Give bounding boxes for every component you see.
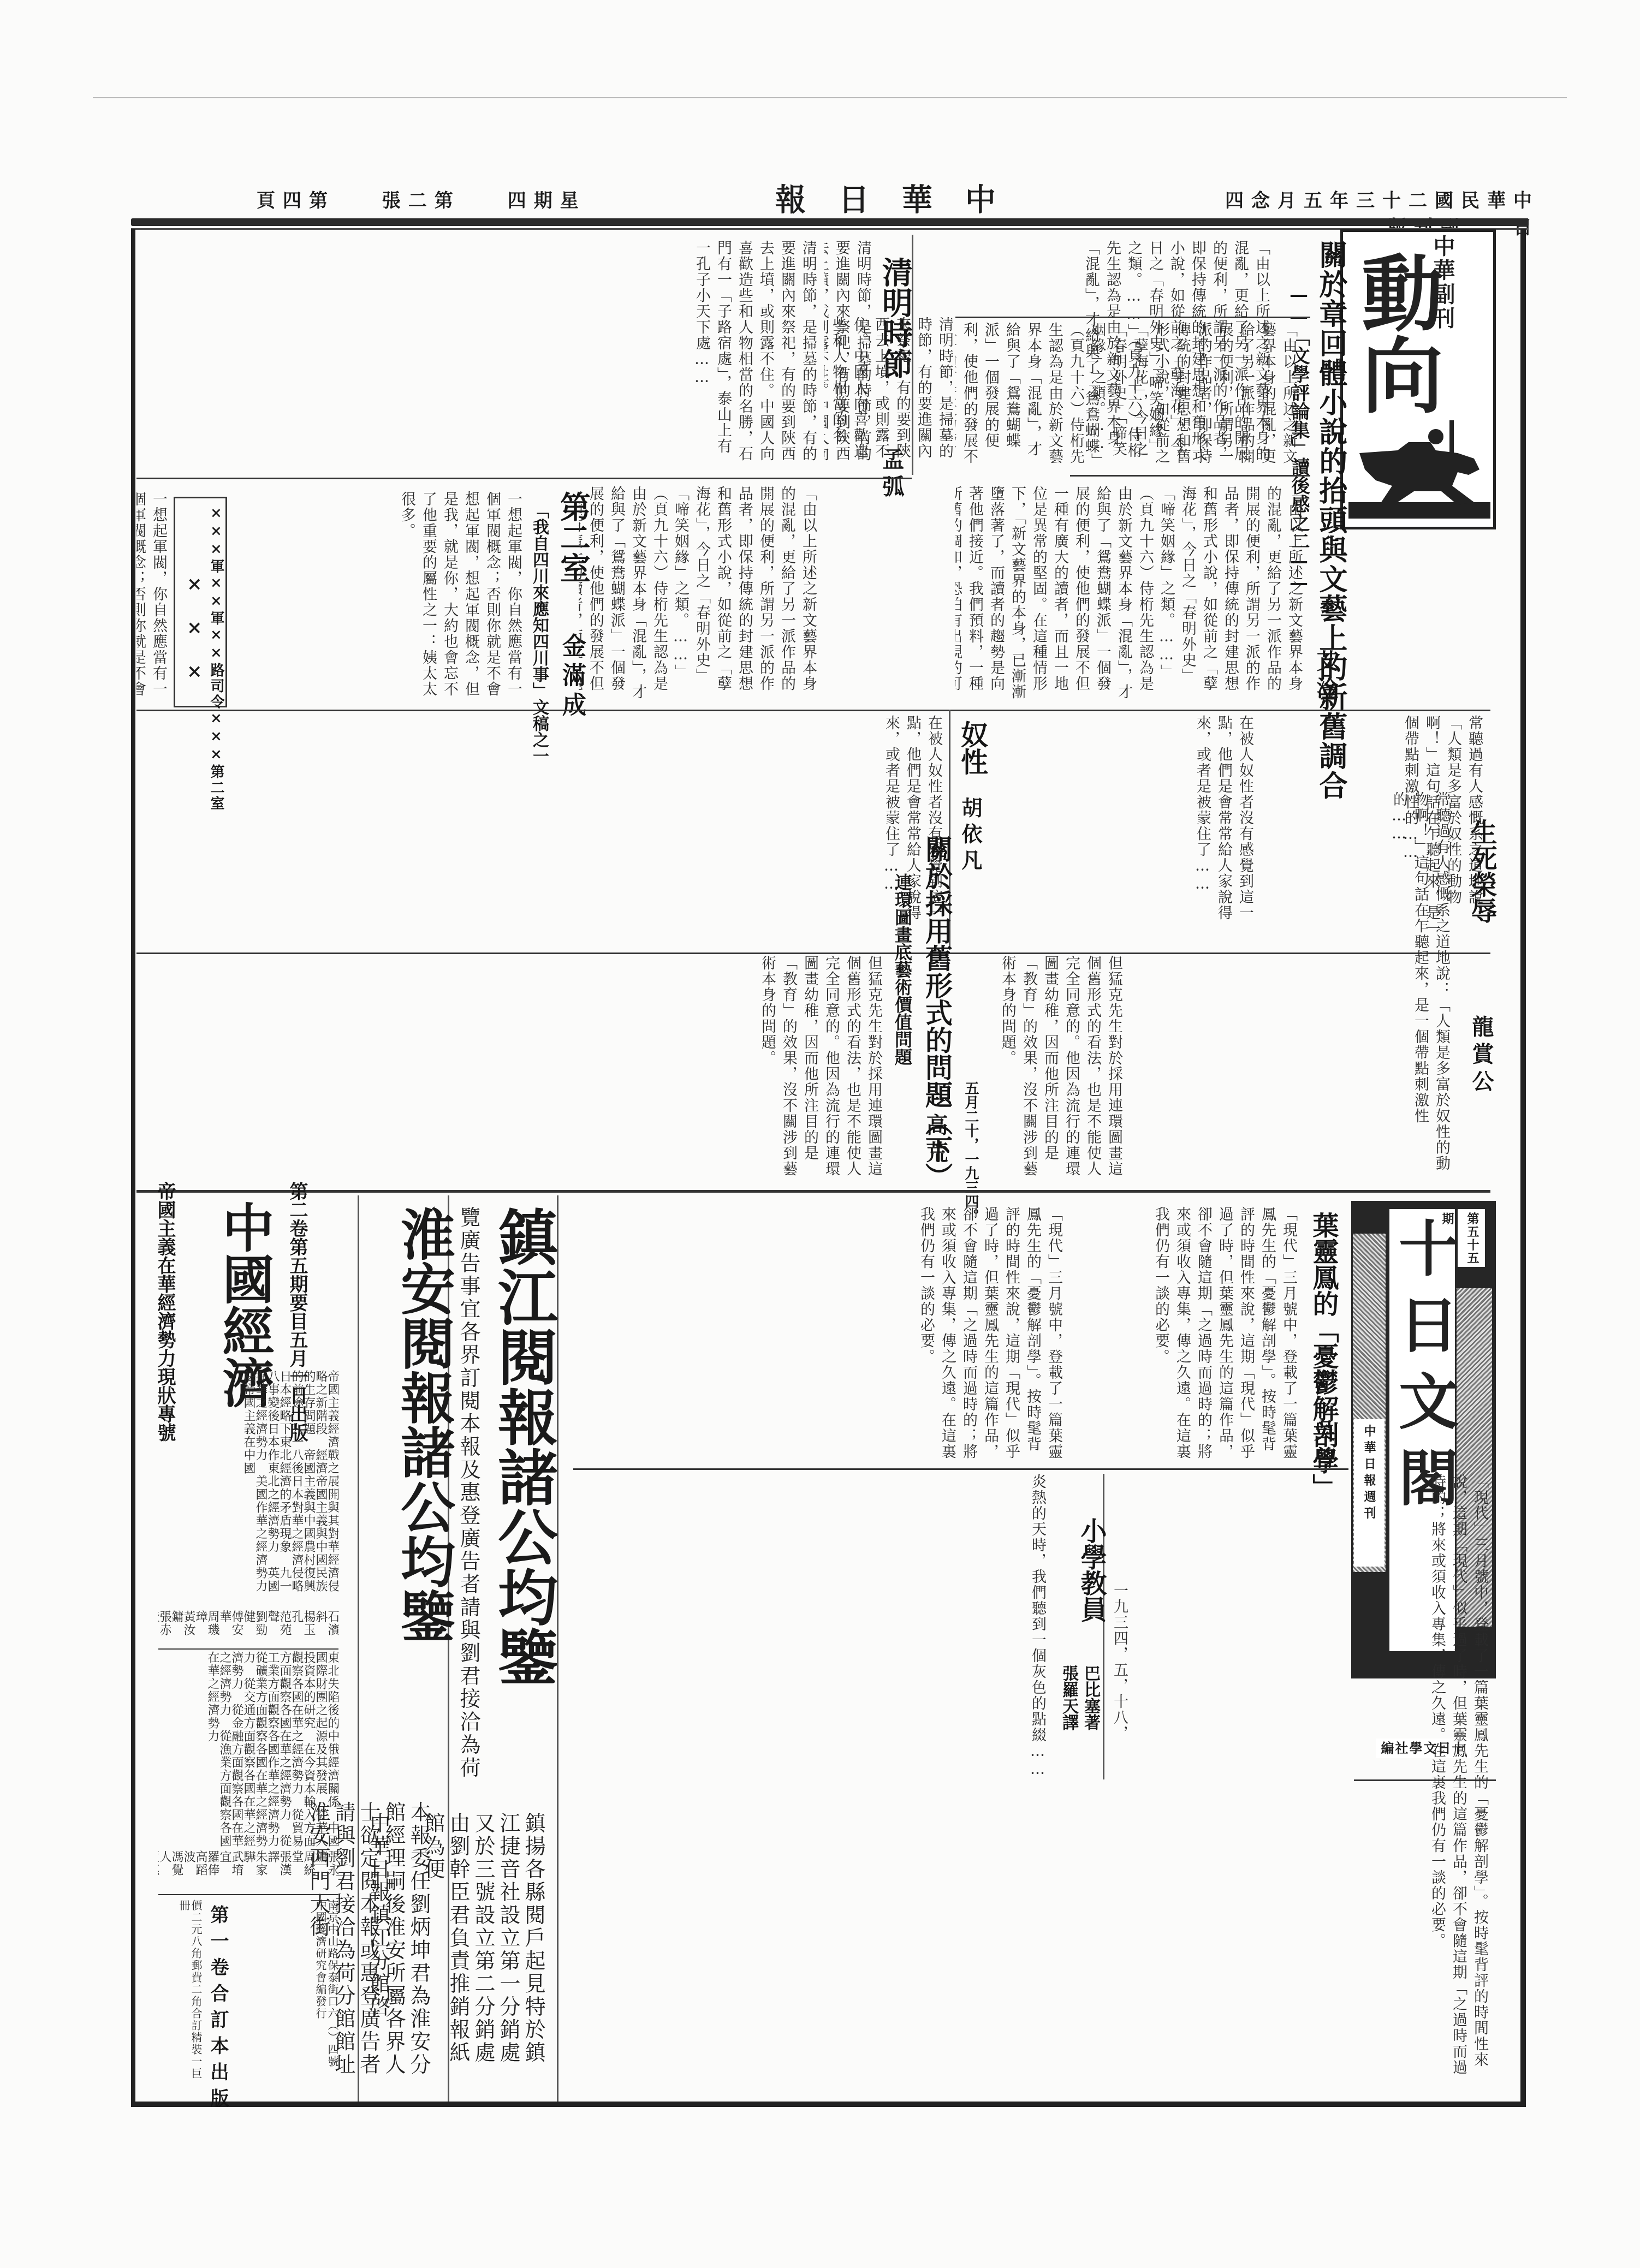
bound-note: 價二元八角郵費二角合訂精裝一巨冊 (158, 1900, 202, 2080)
issue-number: 第五十五期 (1458, 1209, 1485, 1267)
article-author: 胡依凡 (955, 797, 985, 876)
toc-authors: 石濱斜 楊玉孔 范苑聲 劉勁健 傅安華 周璣璋 黃汝鏞 張赤澄 鄧飛黃 (158, 1610, 338, 1643)
article-translator: 張羅天譯 (1056, 1665, 1080, 1730)
masthead-title: 中華日報 (775, 176, 1029, 219)
x-mark: × (187, 660, 203, 682)
x-mark: × (187, 573, 203, 595)
article-body-cont: 常聽過有人感慨系之道地說：「人類是多富於奴性的動物啊！」這句話在乍聽起來，是一個… (1125, 791, 1452, 1174)
article-author: 巴比塞著 (1078, 1665, 1102, 1730)
article-body: 一想起軍閥，你自然應當有一個軍閥概念；否則你就是不會想起軍閥，想起軍閥概念，但是… (229, 491, 524, 710)
article-author: 艾淦 (1310, 650, 1341, 704)
article-body-cont: 「由以上所述之新文藝界本身的混亂，更給了另一派作品的開展的便利，所謂另一派的作品… (955, 322, 1299, 469)
article-body: 「現代」三月號中，登載了一篇葉靈鳳先生的「憂鬱解剖學」。按時髦背評的時間性來說，… (1070, 1206, 1299, 1463)
zhenjiang-ad-body: 鎮揚各縣閱戶起見特於鎮江捷音社設立第一分銷處又於三號設立第二分銷處由劉幹臣君負責… (420, 1812, 546, 2085)
dongxiang-column-name: 動向 (1354, 251, 1436, 415)
divider (158, 1648, 338, 1650)
article-body-cont: 清明時節，是掃墓的時節，有的要進關內來祭祀，有的要到陝西去上墳，或則露不住。中國… (164, 240, 819, 469)
article-author: 吳曾 (1308, 1419, 1339, 1474)
divider (1070, 475, 1310, 477)
article-title: 生死榮辱 (1463, 819, 1501, 924)
masthead: 星期四 第二張 第四頁 中華日報 中華民國二十三年五月念四日 副刊版 (175, 186, 1540, 218)
article-title: 奴性 (953, 721, 992, 775)
divider (136, 478, 912, 479)
article-author: 龍賞公 (1466, 1015, 1497, 1097)
toc-authors-2: 張永鏞 周統堂 張漢譯 朱家驊 武堉宜 羅俸 高蹈波 馮覺人 趙惠漢 屈若搴 (158, 1850, 338, 1883)
article-date: 一九三四，五，十八，上海 (1108, 1583, 1130, 1747)
article-title: 小學教員 (1073, 1517, 1110, 1622)
newspaper-page: 星期四 第二張 第四頁 中華日報 中華民國二十三年五月念四日 副刊版 中華副刊 … (0, 0, 1640, 2268)
article-body-cont: 「現代」三月號中，登載了一篇葉靈鳳先生的「憂鬱解剖學」。按時髦背評的時間性來說，… (573, 1206, 1065, 1463)
divider (955, 317, 1310, 318)
masthead-page-info: 星期四 第二張 第四頁 (224, 186, 586, 212)
column-rule (358, 1195, 359, 2102)
divider (158, 1894, 338, 1895)
masthead-rule (131, 218, 1529, 226)
article-body-cont: 一想起軍閥，你自然應當有一個軍閥概念；否則你就是不會想起軍閥，想起軍閥概念，但是… (136, 491, 169, 710)
article-date: 五月二十，一九三四。 (961, 1081, 981, 1223)
section-divider (136, 1190, 1490, 1193)
article-body-cont: 清明時節，是掃墓的時節，有的要進關內來祭祀，有的要到陝西去上墳，或則露不住。中國… (824, 317, 955, 469)
zhenjiang-ad-note: 覽廣告事宜各界訂閱本報及惠登廣告者請與劉君接洽為荷 (456, 1206, 481, 1779)
horse-rider-icon (1348, 420, 1490, 519)
divider (573, 1468, 1348, 1470)
huaian-ad-headline: 淮安閱報諸公均鑒 (393, 1206, 453, 1643)
toc-list: 帝國主義經濟戰之展開與其對華經濟侵略之新階段 經濟帝國主義與中國民族的生存問題 … (158, 1370, 338, 1599)
bound-edition: 第一卷合訂本出版 (205, 1905, 231, 2115)
toc-list-2: 東北失陷後的中俄經濟關係 中國國際財團之起源及其發展 從華人投資本的研究 在今資… (158, 1651, 338, 1848)
masthead-sheet: 第二張 (382, 190, 461, 212)
article-author: 高荒 (920, 1114, 951, 1168)
masthead-page: 第四頁 (257, 190, 335, 212)
article-body: 「由以上所述之新文藝界本身的混亂，更給了另一派作品的開展的便利，所謂另一派的作品… (579, 486, 819, 704)
divider (136, 710, 1490, 711)
article-body: 炎熱的天時，我們聽到一個灰色的點綴…… (573, 1474, 1048, 2085)
zhenjiang-ad-headline: 鎮江閱報諸公均鑒 (491, 1206, 554, 1687)
x-mark: × (187, 617, 203, 639)
article-body-cont: 「由以上所述之新文藝界本身的混亂，更給了另一派作品的開展的便利，所謂另一派的作品… (955, 486, 1305, 704)
scan-edge (93, 97, 1567, 98)
publisher-info: 南京中山路保泰街口六（）四號 中國經濟研究會編發行 (262, 1900, 338, 2080)
article-body-cont: 在被人奴性者沒有感覺到這一點，他們是會常常給人家說得來，或者是被蒙住了…… (164, 715, 944, 944)
masthead-weekday: 星期四 (508, 190, 586, 212)
article-body: 「現代」三月號中，登載了一篇葉靈鳳先生的「憂鬱解剖學」。按時髦背評的時間性來說，… (1130, 1474, 1490, 2085)
article-subtitle: 連環圖畫底藝術價值問題 (890, 873, 915, 1065)
article-body-cont: 但猛克先生對於採用連環圖畫這個舊形式的看法，也是不能使人完全同意的。他因為流行的… (164, 955, 884, 1184)
